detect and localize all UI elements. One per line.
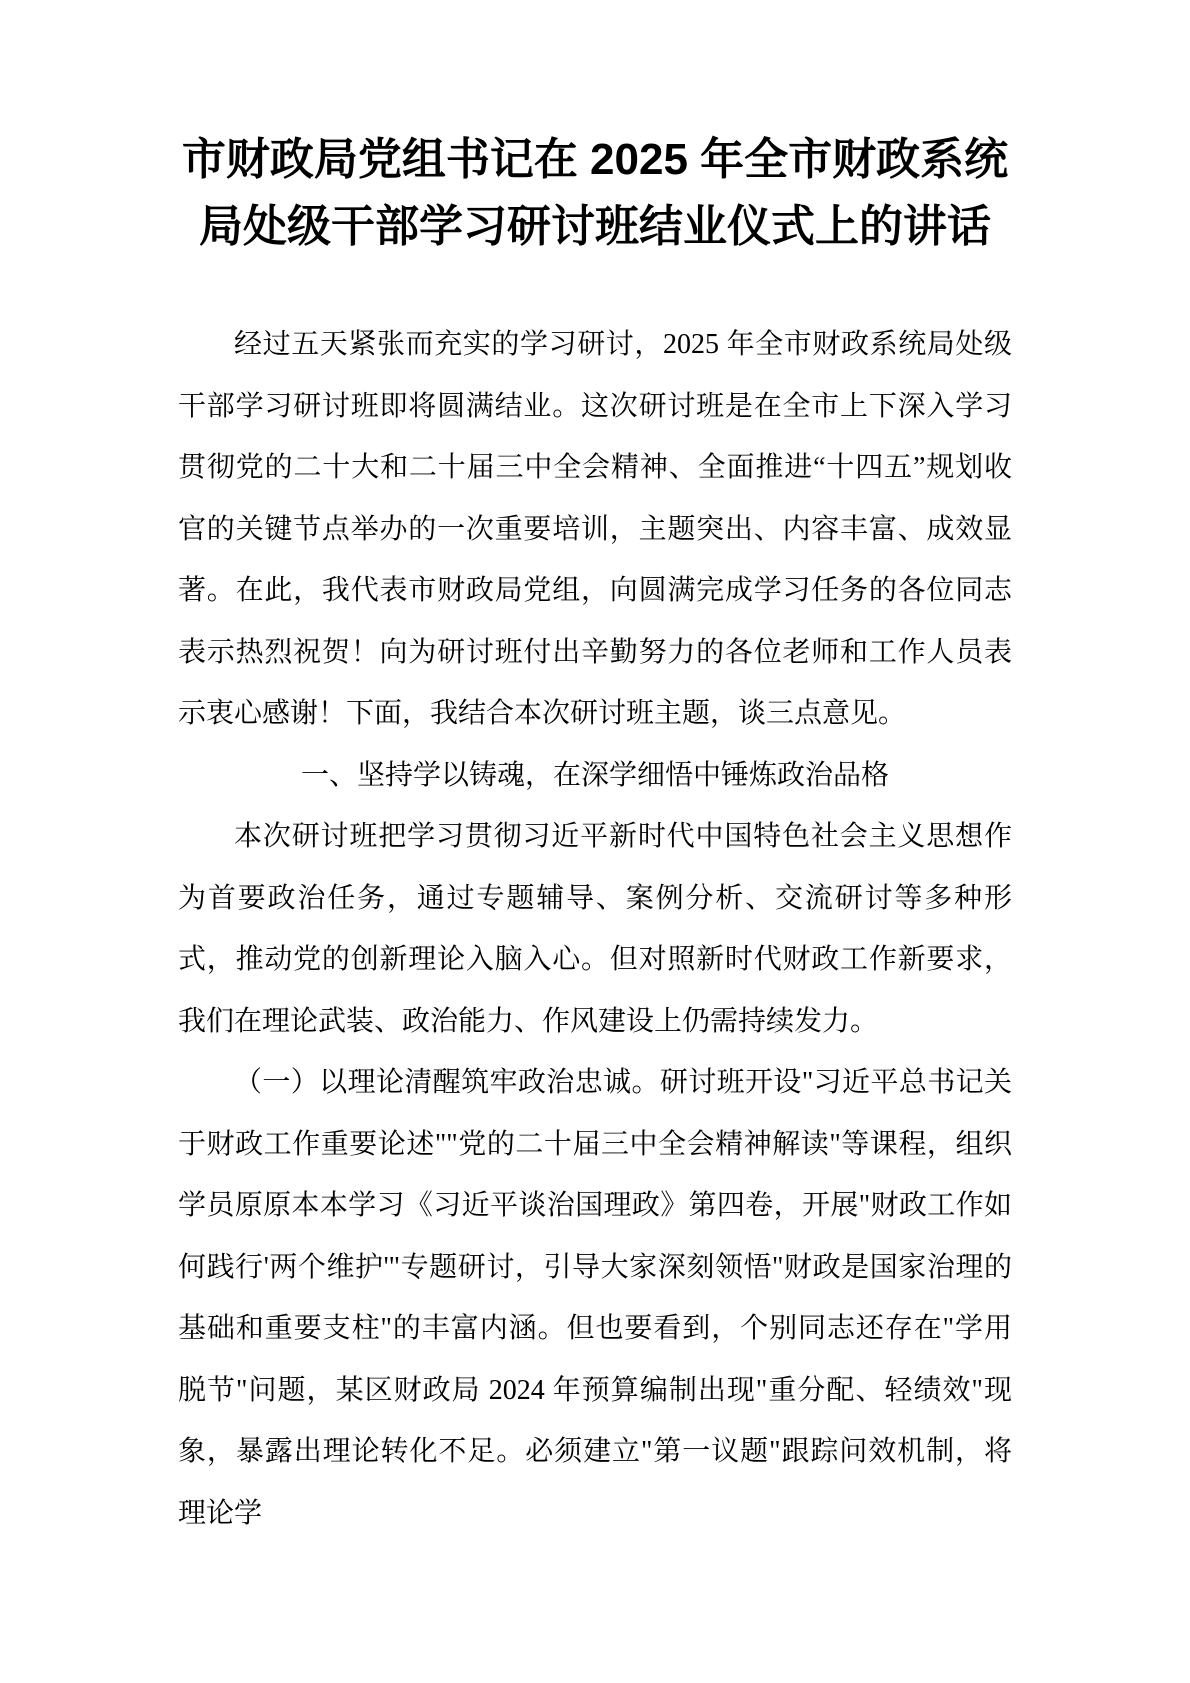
document-title-line-1: 市财政局党组书记在 2025 年全市财政系统 (178, 126, 1012, 193)
document-page: 市财政局党组书记在 2025 年全市财政系统 局处级干部学习研讨班结业仪式上的讲… (0, 0, 1190, 1683)
paragraph-opening: 经过五天紧张而充实的学习研讨，2025 年全市财政系统局处级干部学习研讨班即将圆… (178, 314, 1012, 745)
document-body: 经过五天紧张而充实的学习研讨，2025 年全市财政系统局处级干部学习研讨班即将圆… (178, 314, 1012, 1544)
paragraph-subsection-1-1: （一）以理论清醒筑牢政治忠诚。研讨班开设"习近平总书记关于财政工作重要论述""党… (178, 1052, 1012, 1544)
paragraph-section-1-intro: 本次研讨班把学习贯彻习近平新时代中国特色社会主义思想作为首要政治任务，通过专题辅… (178, 806, 1012, 1052)
document-title: 市财政局党组书记在 2025 年全市财政系统 局处级干部学习研讨班结业仪式上的讲… (178, 126, 1012, 260)
document-title-line-2: 局处级干部学习研讨班结业仪式上的讲话 (178, 193, 1012, 260)
section-heading-1: 一、坚持学以铸魂，在深学细悟中锤炼政治品格 (178, 745, 1012, 807)
